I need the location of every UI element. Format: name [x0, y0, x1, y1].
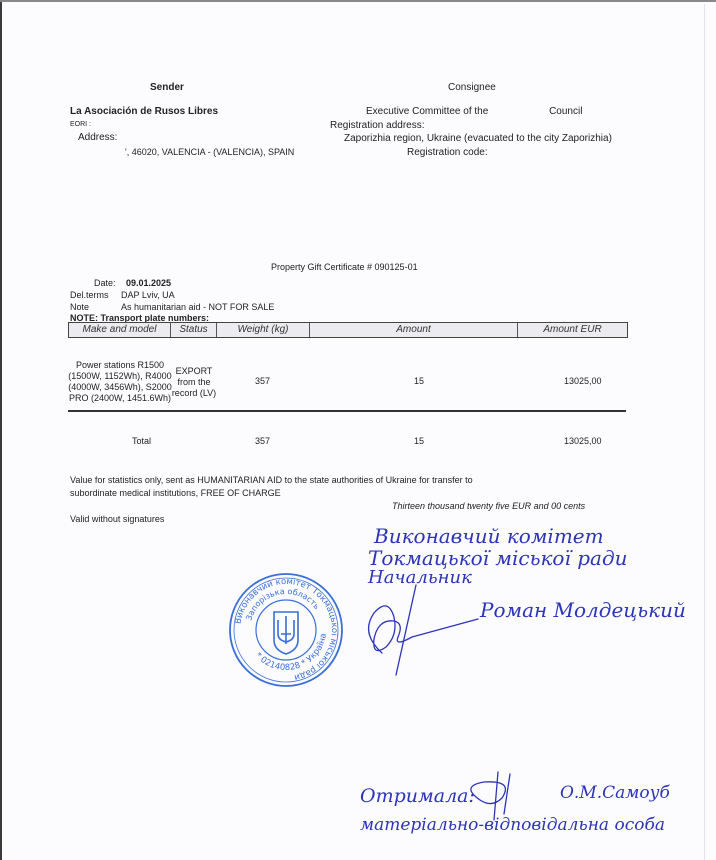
issuer-handwritten-signature: Виконавчий комітет Токмацької міської ра…	[330, 515, 690, 685]
consignee-registration-address-label: Registration address:	[330, 120, 425, 131]
column-status: Status	[171, 323, 217, 337]
consignee-heading: Consignee	[448, 82, 496, 93]
amount-in-words: Thirteen thousand twenty five EUR and 00…	[392, 501, 585, 511]
make-model-line: (1500W, 1152Wh), R4000	[68, 371, 172, 382]
make-model-line: Power stations R1500	[68, 360, 172, 371]
sender-heading: Sender	[150, 82, 184, 93]
validity-note: Valid without signatures	[70, 514, 164, 524]
svg-text:Начальник: Начальник	[367, 567, 472, 588]
consignee-name: Executive Committee of the Council	[366, 106, 582, 117]
note-label: Note	[70, 302, 89, 312]
svg-text:матеріально-відповідальна особ: матеріально-відповідальна особа	[360, 815, 665, 835]
consignee-name-prefix: Executive Committee of the	[366, 106, 488, 117]
svg-text:Роман Молдецький: Роман Молдецький	[479, 598, 686, 622]
official-stamp: Виконавчий комітет Токмацької міської ра…	[228, 572, 344, 688]
consignee-registration-code-label: Registration code:	[407, 147, 488, 158]
status-line: from the	[170, 377, 218, 388]
delterms-value: DAP Lviv, UA	[121, 290, 175, 300]
row-amount: 15	[414, 376, 424, 386]
statement-line-1: Value for statistics only, sent as HUMAN…	[70, 475, 473, 485]
redacted-city	[491, 106, 549, 117]
consignee-region: Zaporizhia region, Ukraine (evacuated to…	[344, 133, 612, 144]
status-line: EXPORT	[170, 366, 218, 377]
date-label: Date:	[94, 278, 116, 288]
page-edge-top	[0, 0, 716, 2]
certificate-title: Property Gift Certificate # 090125-01	[271, 262, 418, 272]
total-weight: 357	[255, 436, 270, 446]
svg-text:Отримала:: Отримала:	[360, 785, 475, 807]
sender-eori-label: EORI :	[70, 121, 91, 128]
row-weight: 357	[255, 376, 270, 386]
row-status: EXPORT from the record (LV)	[170, 366, 218, 399]
column-amount-eur: Amount EUR	[518, 323, 627, 337]
page-edge-right	[704, 4, 705, 860]
sender-name: La Asociación de Rusos Libres	[70, 106, 218, 117]
column-amount: Amount	[310, 323, 518, 337]
date-value: 09.01.2025	[126, 278, 171, 288]
make-model-line: (4000W, 3456Wh), S2000	[68, 382, 172, 393]
sender-address-label: Address:	[78, 132, 117, 143]
svg-text:Виконавчий комітет: Виконавчий комітет	[373, 524, 604, 548]
receiver-handwritten-signature: Отримала: О.М.Самоуб матеріально-відпові…	[360, 770, 700, 850]
row-amount-eur: 13025,00	[564, 376, 602, 386]
statement-line-2: subordinate medical institutions, FREE O…	[70, 488, 281, 498]
total-amount: 15	[414, 436, 424, 446]
trident-icon	[274, 612, 298, 654]
sender-address-line: ', 46020, VALENCIA - (VALENCIA), SPAIN	[125, 147, 294, 157]
total-label: Total	[132, 436, 151, 446]
make-model-line: PRO (2400W, 1451.6Wh)	[68, 393, 172, 404]
delterms-label: Del.terms	[70, 290, 109, 300]
column-weight: Weight (kg)	[217, 323, 310, 337]
total-amount-eur: 13025,00	[564, 436, 602, 446]
consignee-name-suffix: Council	[549, 106, 582, 117]
page-edge-left	[0, 0, 2, 860]
table-bottom-rule	[68, 410, 626, 412]
row-make-model: Power stations R1500 (1500W, 1152Wh), R4…	[68, 360, 172, 404]
status-line: record (LV)	[170, 388, 218, 399]
items-table-header: Make and model Status Weight (kg) Amount…	[68, 322, 628, 338]
column-make-model: Make and model	[69, 323, 171, 337]
note-value: As humanitarian aid - NOT FOR SALE	[121, 302, 274, 312]
svg-text:О.М.Самоуб: О.М.Самоуб	[560, 783, 670, 803]
